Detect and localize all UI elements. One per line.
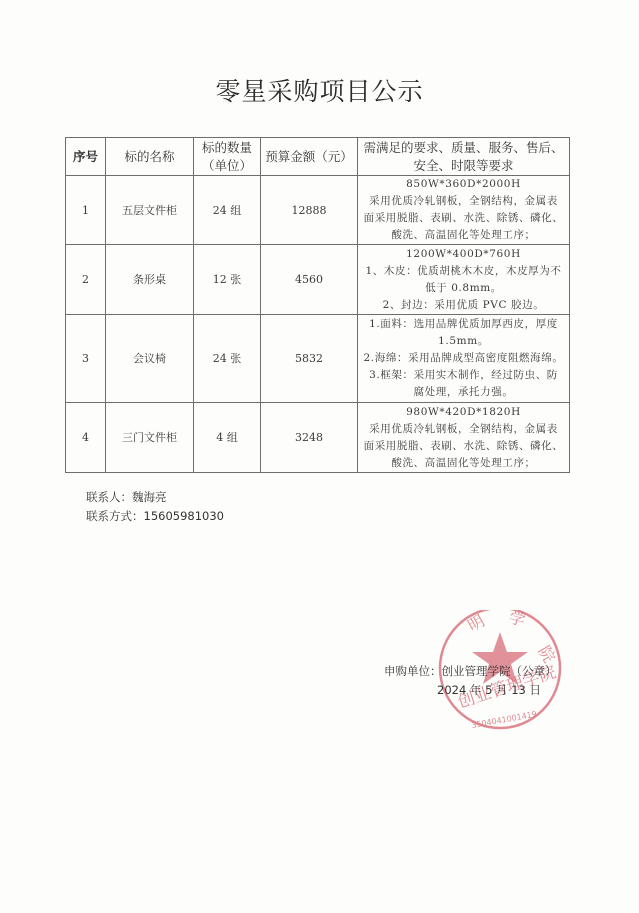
cell-index: 1 <box>66 176 106 245</box>
cell-quantity: 24 组 <box>194 176 261 245</box>
header-budget: 预算金额（元） <box>261 138 358 176</box>
cell-quantity: 12 张 <box>194 245 261 315</box>
cell-index: 3 <box>66 315 106 403</box>
req-line: 面采用脱脂、表刷、水洗、除锈、磷化、 <box>360 210 567 227</box>
req-line: 1200W*400D*760H <box>360 246 567 263</box>
contact-phone: 联系方式：15605981030 <box>86 508 224 524</box>
cell-index: 4 <box>66 403 106 473</box>
req-line: 面采用脱脂、表刷、水洗、除锈、磷化、 <box>360 438 567 455</box>
req-line: 2、封边：采用优质 PVC 胶边。 <box>360 297 567 314</box>
cell-requirements: 1200W*400D*760H 1、木皮：优质胡桃木木皮，木皮厚为不 低于 0.… <box>358 245 570 315</box>
header-name: 标的名称 <box>106 138 194 176</box>
cell-name: 会议椅 <box>106 315 194 403</box>
req-line: 3.框架：采用实木制作，经过防虫、防 <box>360 367 567 384</box>
page-title: 零星采购项目公示 <box>0 72 639 108</box>
procurement-table: 序号 标的名称 标的数量（单位） 预算金额（元） 需满足的要求、质量、服务、售后… <box>65 137 570 473</box>
req-line: 2.海绵：采用品牌成型高密度阻燃海绵。 <box>360 350 567 367</box>
cell-budget: 5832 <box>261 315 358 403</box>
req-line: 1.面料：选用品牌优质加厚西皮，厚度 <box>360 316 567 333</box>
req-line: 腐处理，承托力强。 <box>360 384 567 401</box>
req-line: 采用优质冷轧钢板，全钢结构，金属表 <box>360 193 567 210</box>
cell-requirements: 1.面料：选用品牌优质加厚西皮，厚度 1.5mm。 2.海绵：采用品牌成型高密度… <box>358 315 570 403</box>
svg-text:明: 明 <box>465 611 488 635</box>
cell-quantity: 4 组 <box>194 403 261 473</box>
signature-date: 2024 年 5 月 13 日 <box>437 682 541 698</box>
header-requirements: 需满足的要求、质量、服务、售后、安全、时限等要求 <box>358 138 570 176</box>
req-line: 酸洗、高温固化等处理工序； <box>360 227 567 244</box>
cell-index: 2 <box>66 245 106 315</box>
req-line: 980W*420D*1820H <box>360 404 567 421</box>
table-header-row: 序号 标的名称 标的数量（单位） 预算金额（元） 需满足的要求、质量、服务、售后… <box>66 138 570 176</box>
cell-name: 五层文件柜 <box>106 176 194 245</box>
req-line: 1.5mm。 <box>360 333 567 350</box>
cell-requirements: 850W*360D*2000H 采用优质冷轧钢板，全钢结构，金属表 面采用脱脂、… <box>358 176 570 245</box>
applicant-unit: 申购单位：创业管理学院（公章） <box>384 663 557 679</box>
table-row: 4 三门文件柜 4 组 3248 980W*420D*1820H 采用优质冷轧钢… <box>66 403 570 473</box>
req-line: 低于 0.8mm。 <box>360 280 567 297</box>
cell-quantity: 24 张 <box>194 315 261 403</box>
header-quantity: 标的数量（单位） <box>194 138 261 176</box>
cell-requirements: 980W*420D*1820H 采用优质冷轧钢板，全钢结构，金属表 面采用脱脂、… <box>358 403 570 473</box>
cell-budget: 4560 <box>261 245 358 315</box>
table-row: 3 会议椅 24 张 5832 1.面料：选用品牌优质加厚西皮，厚度 1.5mm… <box>66 315 570 403</box>
table-row: 1 五层文件柜 24 组 12888 850W*360D*2000H 采用优质冷… <box>66 176 570 245</box>
header-index: 序号 <box>66 138 106 176</box>
svg-text:学: 学 <box>507 610 527 630</box>
cell-budget: 3248 <box>261 403 358 473</box>
req-line: 采用优质冷轧钢板，全钢结构，金属表 <box>360 421 567 438</box>
cell-name: 条形桌 <box>106 245 194 315</box>
req-line: 850W*360D*2000H <box>360 176 567 193</box>
contact-person: 联系人：魏海亮 <box>86 489 167 505</box>
req-line: 1、木皮：优质胡桃木木皮，木皮厚为不 <box>360 263 567 280</box>
table-row: 2 条形桌 12 张 4560 1200W*400D*760H 1、木皮：优质胡… <box>66 245 570 315</box>
cell-budget: 12888 <box>261 176 358 245</box>
req-line: 酸洗、高温固化等处理工序； <box>360 455 567 472</box>
cell-name: 三门文件柜 <box>106 403 194 473</box>
